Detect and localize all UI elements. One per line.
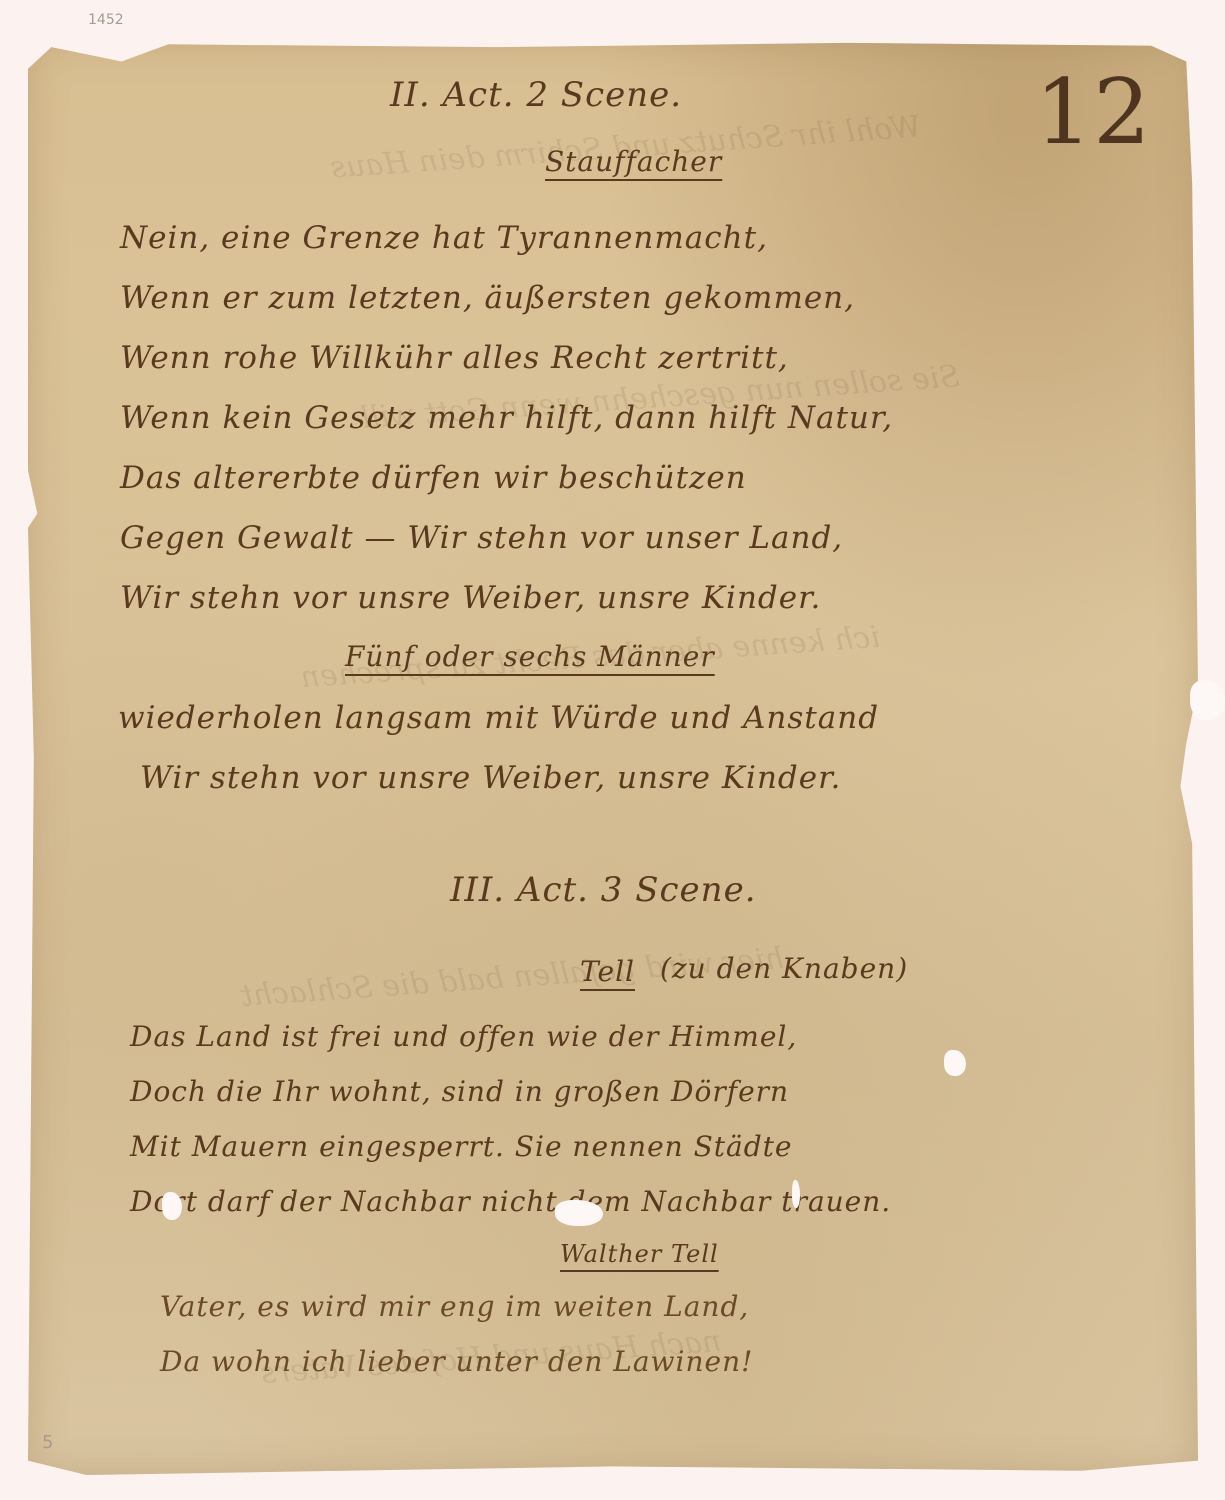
stage-direction-line: wiederholen langsam mit Würde und Anstan…	[118, 700, 879, 736]
verse-line: Doch die Ihr wohnt, sind in großen Dörfe…	[130, 1075, 789, 1108]
speaker-name: Tell	[580, 955, 635, 988]
verse-line: Wir stehn vor unsre Weiber, unsre Kinder…	[140, 760, 841, 796]
verse-line: Gegen Gewalt — Wir stehn vor unser Land,	[120, 520, 843, 556]
verse-line: Dort darf der Nachbar nicht dem Nachbar …	[130, 1185, 891, 1218]
paper-hole	[555, 1200, 603, 1226]
chorus-speaker: Fünf oder sechs Männer	[345, 640, 715, 673]
paper-hole	[944, 1050, 966, 1076]
verse-line: Nein, eine Grenze hat Tyrannenmacht,	[120, 220, 768, 256]
verse-line: Vater, es wird mir eng im weiten Land,	[160, 1290, 749, 1323]
archival-pencil-mark: 1452	[88, 12, 124, 28]
paper-edge-tear	[1190, 680, 1225, 720]
verse-line: Mit Mauern eingesperrt. Sie nennen Städt…	[130, 1130, 792, 1163]
section-heading: II. Act. 2 Scene.	[390, 75, 682, 115]
page-number: 12	[1035, 60, 1152, 165]
stage-direction: (zu den Knaben)	[660, 952, 908, 985]
paper-hole	[792, 1180, 800, 1208]
archival-pencil-number: 5	[42, 1432, 53, 1453]
verse-line: Wir stehn vor unsre Weiber, unsre Kinder…	[120, 580, 821, 616]
verse-line: Da wohn ich lieber unter den Lawinen!	[160, 1345, 753, 1378]
speaker-name: Stauffacher	[545, 145, 722, 178]
verse-line: Das Land ist frei und offen wie der Himm…	[130, 1020, 797, 1053]
verse-line: Wenn rohe Willkühr alles Recht zertritt,	[120, 340, 789, 376]
verse-line: Wenn kein Gesetz mehr hilft, dann hilft …	[120, 400, 893, 436]
verse-line: Wenn er zum letzten, äußersten gekommen,	[120, 280, 855, 316]
speaker-name: Walther Tell	[560, 1240, 719, 1268]
verse-line: Das altererbte dürfen wir beschützen	[120, 460, 747, 496]
section-heading: III. Act. 3 Scene.	[450, 870, 757, 910]
paper-hole	[162, 1192, 182, 1220]
